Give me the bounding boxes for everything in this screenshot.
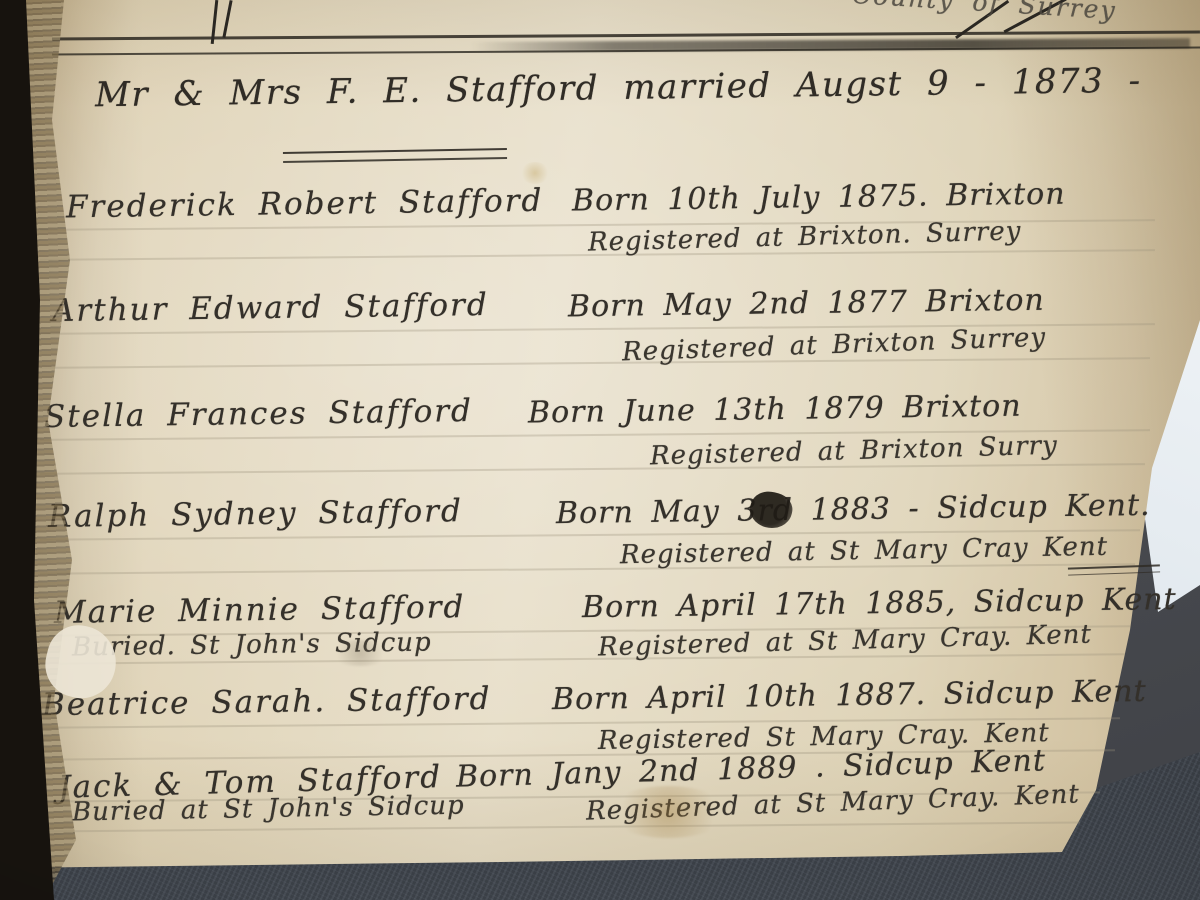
photo-of-register-page: County of Surrey Mr & Mrs F. E. Stafford… xyxy=(0,0,1200,900)
entry-born: Born 10th July 1875. Brixton xyxy=(572,177,1066,219)
entry-name: Stella Frances Stafford xyxy=(44,393,473,435)
entry-name: Frederick Robert Stafford xyxy=(66,183,544,226)
entry-born: Born May 2nd 1877 Brixton xyxy=(568,283,1045,325)
entry-buried: Buried. St John's Sidcup xyxy=(72,627,432,662)
entry-name: Marie Minnie Stafford xyxy=(54,589,466,631)
entry-name: Beatrice Sarah. Stafford xyxy=(42,681,492,723)
entry-name: Arthur Edward Stafford xyxy=(52,287,489,329)
entry-born: Born June 13th 1879 Brixton xyxy=(528,389,1022,431)
entry-name: Ralph Sydney Stafford xyxy=(48,493,463,535)
